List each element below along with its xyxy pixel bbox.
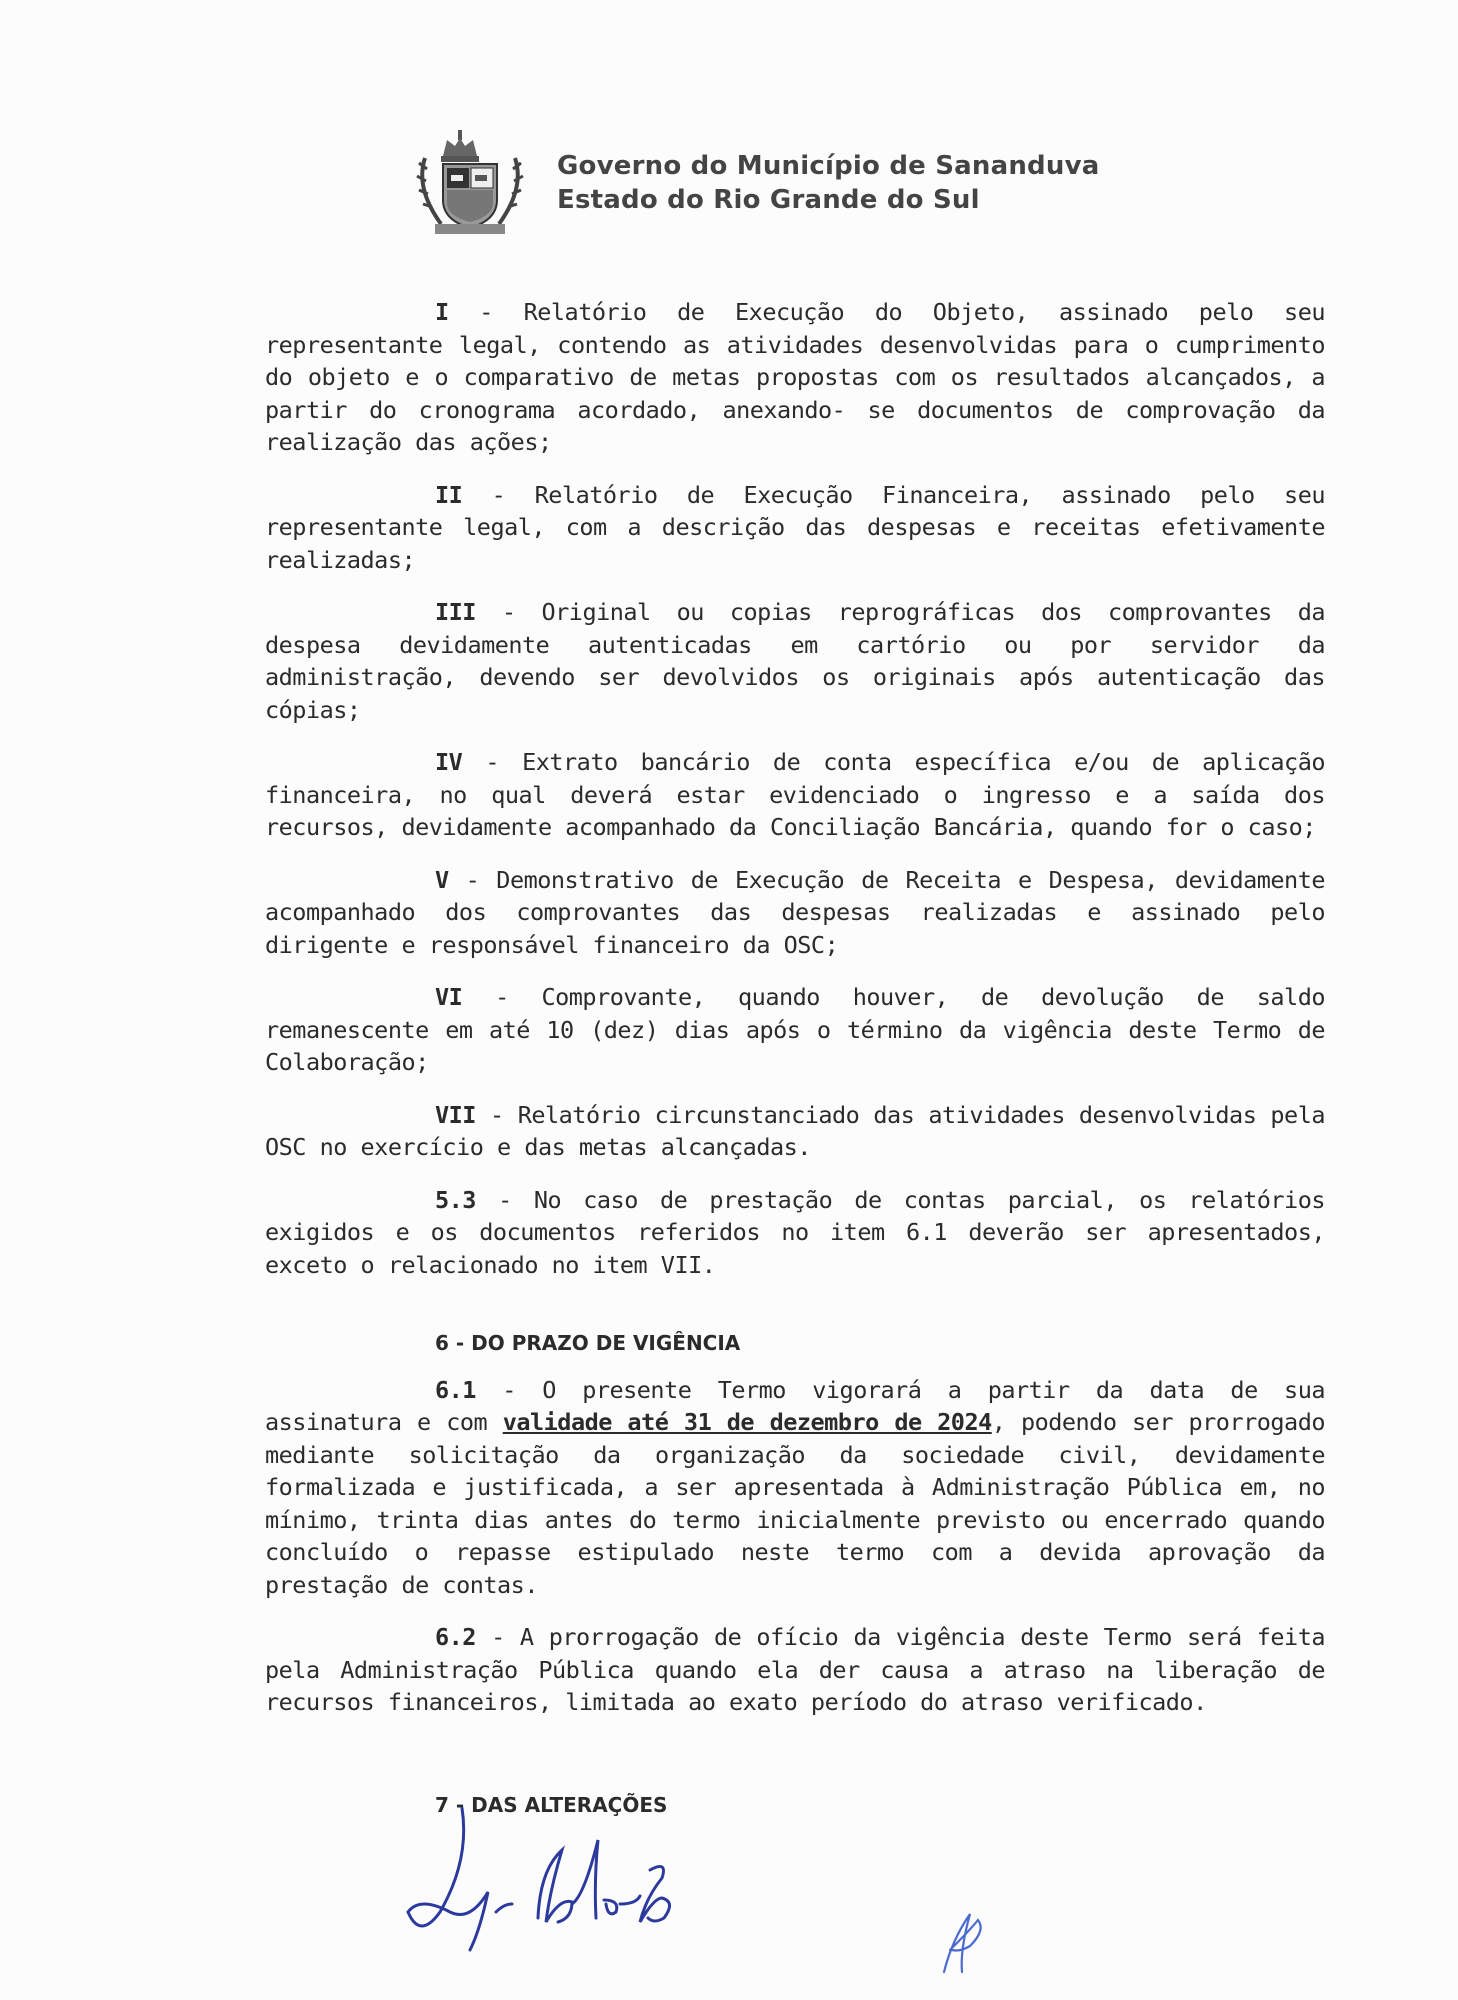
clause-6-2: 6.2 - A prorrogação de ofício da vigênci… (265, 1621, 1325, 1719)
coat-of-arms-icon (405, 128, 535, 238)
item-iv: IV - Extrato bancário de conta específic… (265, 746, 1325, 844)
item-v: V - Demonstrativo de Execução de Receita… (265, 864, 1325, 962)
item-iii: III - Original ou copias reprográficas d… (265, 596, 1325, 726)
item-vi: VI - Comprovante, quando houver, de devo… (265, 981, 1325, 1079)
section-6-heading: 6 - DO PRAZO DE VIGÊNCIA (435, 1327, 1325, 1360)
clause-6-1: 6.1 - O presente Termo vigorará a partir… (265, 1374, 1325, 1602)
signature-icon (400, 1800, 740, 1970)
clause-5-3: 5.3 - No caso de prestação de contas par… (265, 1184, 1325, 1282)
initials-icon (930, 1900, 990, 1980)
item-i: I - Relatório de Execução do Objeto, ass… (265, 296, 1325, 459)
validity-date: validade até 31 de dezembro de 2024 (503, 1408, 992, 1436)
document-body: I - Relatório de Execução do Objeto, ass… (265, 296, 1325, 1835)
state-title: Estado do Rio Grande do Sul (557, 183, 1099, 217)
municipality-title: Governo do Município de Sananduva (557, 149, 1099, 183)
letterhead: Governo do Município de Sananduva Estado… (405, 128, 1099, 238)
item-ii: II - Relatório de Execução Financeira, a… (265, 479, 1325, 577)
item-vii: VII - Relatório circunstanciado das ativ… (265, 1099, 1325, 1164)
